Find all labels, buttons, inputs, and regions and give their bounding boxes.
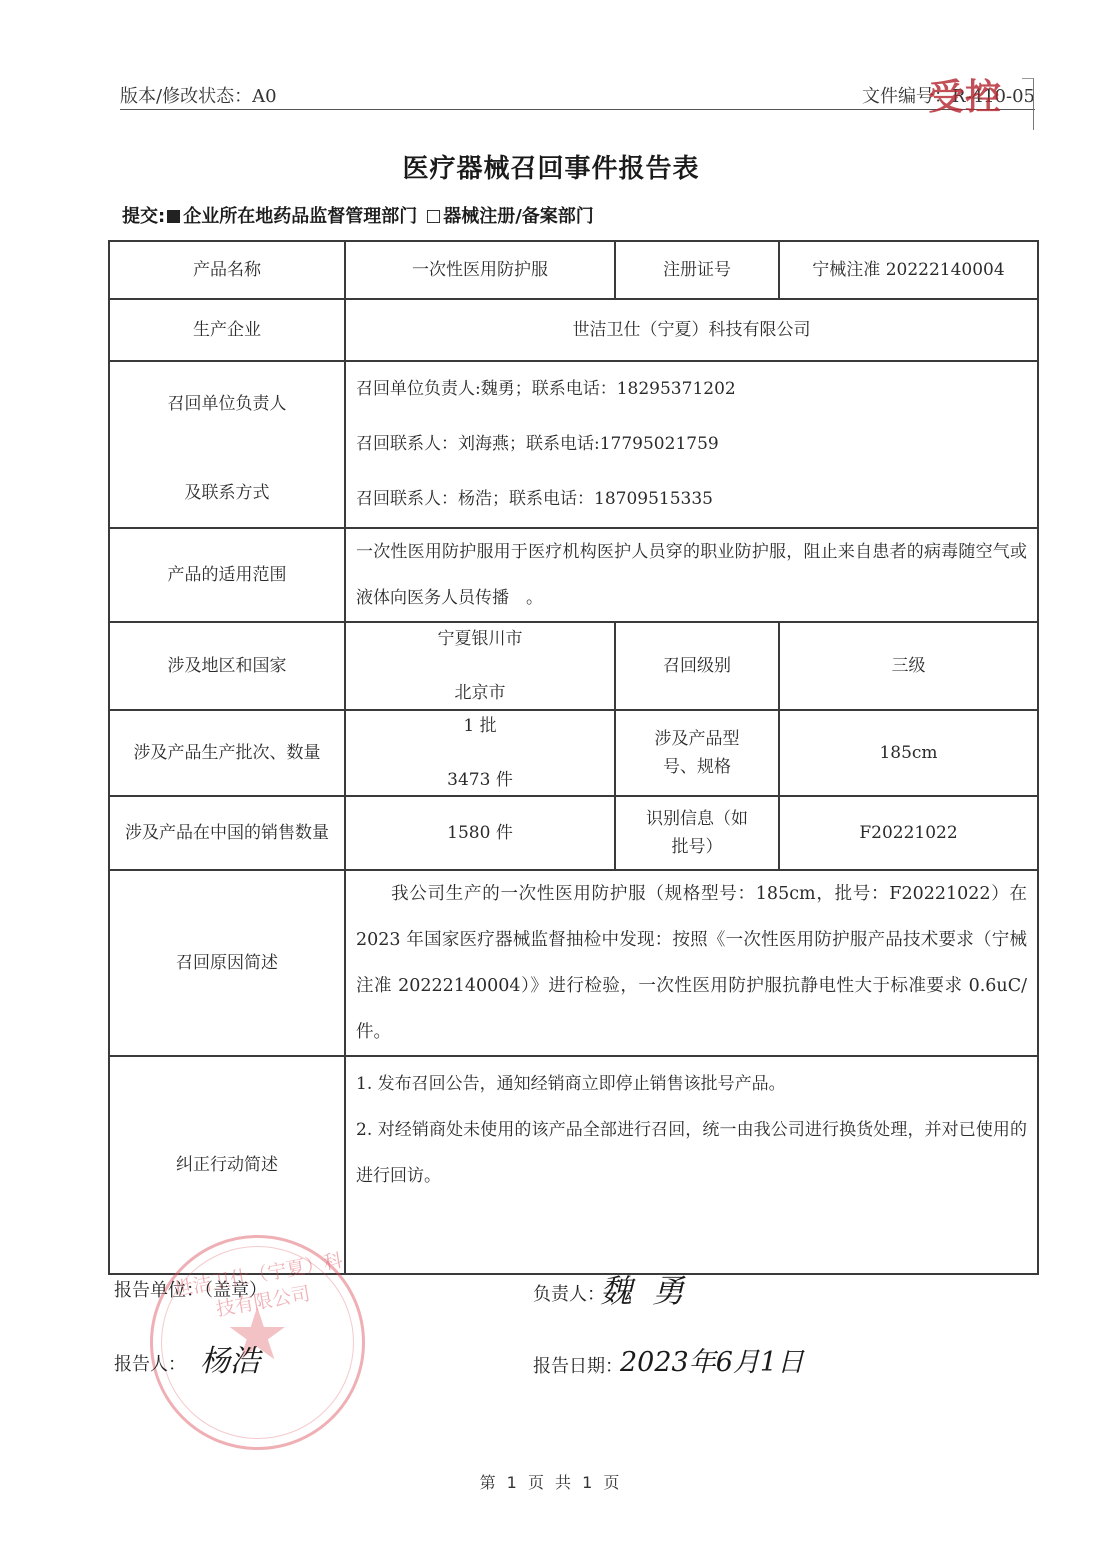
scope-label: 产品的适用范围 — [109, 528, 345, 622]
contacts-list: 召回单位负责人:魏勇；联系电话：18295371202 召回联系人：刘海燕；联系… — [356, 362, 1027, 527]
contact-label-line2: 及联系方式 — [116, 479, 338, 507]
row-scope: 产品的适用范围 一次性医用防护服用于医疗机构医护人员穿的职业防护服，阻止来自患者… — [109, 528, 1038, 622]
batch-count: 1 批 — [354, 712, 606, 740]
page-footer: 第 1 页 共 1 页 — [0, 1470, 1102, 1493]
report-unit-label: 报告单位： — [114, 1280, 204, 1301]
id-info-value: F20221022 — [779, 796, 1038, 870]
stamp-bracket — [1022, 78, 1034, 130]
region-2: 北京市 — [354, 679, 606, 707]
row-contacts: 召回单位负责人 及联系方式 召回单位负责人:魏勇；联系电话：1829537120… — [109, 361, 1038, 528]
id-info-label: 识别信息（如批号） — [615, 796, 779, 870]
submit-prefix: 提交: — [122, 206, 165, 227]
reg-no-label: 注册证号 — [615, 241, 779, 299]
product-name-label: 产品名称 — [109, 241, 345, 299]
contact-person-2: 召回联系人：杨浩；联系电话：18709515335 — [356, 472, 1027, 527]
contact-label-cell: 召回单位负责人 及联系方式 — [109, 361, 345, 528]
action-item-1: 1. 发布召回公告，通知经销商立即停止销售该批号产品。 — [356, 1061, 1027, 1107]
version-status: 版本/修改状态：A0 — [120, 82, 277, 108]
action-item-2: 2. 对经销商处未使用的该产品全部进行召回，统一由我公司进行换货处理，并对已使用… — [356, 1107, 1027, 1199]
region-label: 涉及地区和国家 — [109, 622, 345, 710]
row-reason: 召回原因简述 我公司生产的一次性医用防护服（规格型号：185cm，批号：F202… — [109, 870, 1038, 1056]
batch-cell: 1 批 3473 件 — [345, 710, 615, 796]
scope-value: 一次性医用防护服用于医疗机构医护人员穿的职业防护服，阻止来自患者的病毒随空气或液… — [345, 528, 1038, 622]
contact-label-line1: 召回单位负责人 — [116, 390, 338, 418]
product-name-value: 一次性医用防护服 — [345, 241, 615, 299]
page-header: 版本/修改状态：A0 文件编号：R-410-05 — [120, 80, 1035, 110]
manufacturer-label: 生产企业 — [109, 299, 345, 361]
report-date-label: 报告日期： — [533, 1352, 623, 1378]
region-1: 宁夏银川市 — [354, 625, 606, 653]
submit-line: 提交:企业所在地药品监督管理部门器械注册/备案部门 — [122, 202, 594, 228]
recall-level-label: 召回级别 — [615, 622, 779, 710]
recall-level-value: 三级 — [779, 622, 1038, 710]
row-product: 产品名称 一次性医用防护服 注册证号 宁械注准 20222140004 — [109, 241, 1038, 299]
report-unit-seal-note: （盖章） — [204, 1280, 267, 1301]
model-label: 涉及产品型号、规格 — [615, 710, 779, 796]
reason-label: 召回原因简述 — [109, 870, 345, 1056]
reporter-label: 报告人： — [114, 1350, 186, 1376]
checkbox-unchecked-icon[interactable] — [427, 210, 440, 223]
row-region: 涉及地区和国家 宁夏银川市 北京市 召回级别 三级 — [109, 622, 1038, 710]
model-value: 185cm — [779, 710, 1038, 796]
row-sales: 涉及产品在中国的销售数量 1580 件 识别信息（如批号） F20221022 — [109, 796, 1038, 870]
responsible-signature: 魏勇 — [600, 1266, 704, 1312]
report-date-handwritten: 2023年6月1日 — [620, 1340, 804, 1379]
batch-qty: 3473 件 — [354, 766, 606, 794]
recall-report-table: 产品名称 一次性医用防护服 注册证号 宁械注准 20222140004 生产企业… — [108, 240, 1039, 1275]
sales-label: 涉及产品在中国的销售数量 — [109, 796, 345, 870]
reg-no-value: 宁械注准 20222140004 — [779, 241, 1038, 299]
sales-qty: 1580 件 — [345, 796, 615, 870]
responsible-label: 负责人： — [533, 1280, 605, 1306]
report-unit: 报告单位：（盖章） — [114, 1276, 267, 1302]
row-manufacturer: 生产企业 世洁卫仕（宁夏）科技有限公司 — [109, 299, 1038, 361]
reason-value: 我公司生产的一次性医用防护服（规格型号：185cm，批号：F20221022）在… — [345, 870, 1038, 1056]
reporter-signature: 杨浩 — [200, 1336, 260, 1380]
batch-label: 涉及产品生产批次、数量 — [109, 710, 345, 796]
row-batch: 涉及产品生产批次、数量 1 批 3473 件 涉及产品型号、规格 185cm — [109, 710, 1038, 796]
submit-option-local-dept: 企业所在地药品监督管理部门 — [183, 206, 417, 227]
contact-person-1: 召回联系人：刘海燕；联系电话:17795021759 — [356, 417, 1027, 472]
submit-option-registration-dept: 器械注册/备案部门 — [443, 206, 594, 227]
document-title: 医疗器械召回事件报告表 — [0, 148, 1102, 185]
controlled-stamp: 受控 — [928, 80, 1002, 116]
regions-cell: 宁夏银川市 北京市 — [345, 622, 615, 710]
contact-responsible: 召回单位负责人:魏勇；联系电话：18295371202 — [356, 362, 1027, 417]
manufacturer-value: 世洁卫仕（宁夏）科技有限公司 — [345, 299, 1038, 361]
contacts-cell: 召回单位负责人:魏勇；联系电话：18295371202 召回联系人：刘海燕；联系… — [345, 361, 1038, 528]
actions-cell: 1. 发布召回公告，通知经销商立即停止销售该批号产品。 2. 对经销商处未使用的… — [345, 1056, 1038, 1274]
checkbox-checked-icon[interactable] — [167, 210, 180, 223]
